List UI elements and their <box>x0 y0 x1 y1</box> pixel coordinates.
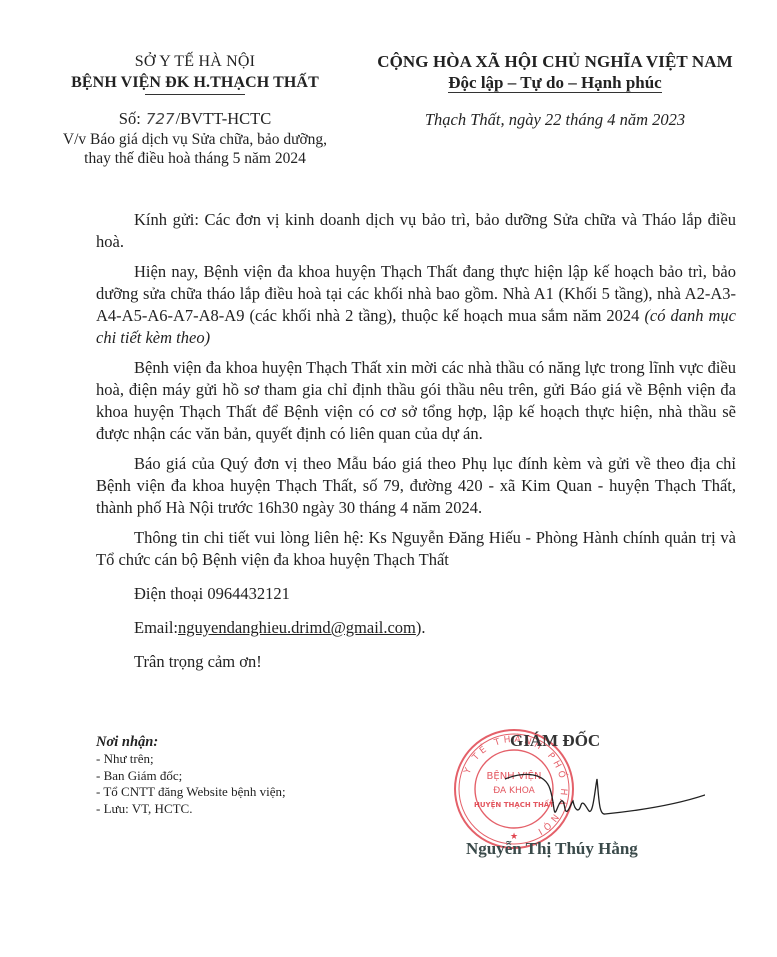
paragraph-4: Thông tin chi tiết vui lòng liên hệ: Ks … <box>96 527 736 571</box>
greeting: Kính gửi: Các đơn vị kinh doanh dịch vụ … <box>96 209 736 253</box>
phone-line: Điện thoại 0964432121 <box>96 583 736 605</box>
paragraph-3: Báo giá của Quý đơn vị theo Mẫu báo giá … <box>96 453 736 519</box>
recipient-item: - Tổ CNTT đăng Website bệnh viện; <box>96 784 356 801</box>
recipients-title: Nơi nhận: <box>96 733 356 751</box>
email-label: Email: <box>134 618 178 637</box>
document-number: Số: 727/BVTT-HCTC <box>50 108 340 130</box>
number-prefix: Số: <box>119 109 141 128</box>
signer-role: GIÁM ĐỐC <box>510 731 600 751</box>
handwritten-signature-icon <box>505 759 705 829</box>
department-name: SỞ Y TẾ HÀ NỘI <box>50 52 340 72</box>
paragraph-1: Hiện nay, Bệnh viện đa khoa huyện Thạch … <box>96 261 736 349</box>
letter-body: Kính gửi: Các đơn vị kinh doanh dịch vụ … <box>96 209 736 685</box>
place-date: Thạch Thất, ngày 22 tháng 4 năm 2023 <box>360 110 750 130</box>
phone-number: 0964432121 <box>207 584 290 603</box>
handwritten-number: 727 <box>145 110 176 128</box>
recipient-item: - Như trên; <box>96 751 356 768</box>
paragraph-2: Bệnh viện đa khoa huyện Thạch Thất xin m… <box>96 357 736 445</box>
national-motto: Độc lập – Tự do – Hạnh phúc <box>360 72 750 94</box>
subject-line-1: V/v Báo giá dịch vụ Sửa chữa, bảo dưỡng, <box>50 130 340 149</box>
header-divider <box>145 94 245 95</box>
subject-line-2: thay thế điều hoà tháng 5 năm 2024 <box>50 149 340 168</box>
recipients-list: Nơi nhận: - Như trên; - Ban Giám đốc; - … <box>96 733 356 817</box>
hospital-name: BỆNH VIỆN ĐK H.THẠCH THẤT <box>50 72 340 93</box>
closing: Trân trọng cảm ơn! <box>96 651 736 673</box>
recipient-item: - Lưu: VT, HCTC. <box>96 801 356 818</box>
signer-name: Nguyễn Thị Thúy Hằng <box>466 839 638 859</box>
issuer-header: SỞ Y TẾ HÀ NỘI BỆNH VIỆN ĐK H.THẠCH THẤT… <box>50 52 340 168</box>
number-suffix: /BVTT-HCTC <box>176 109 272 128</box>
email-link[interactable]: nguyendanghieu.drimd@gmail.com <box>178 618 416 637</box>
paragraph-1-text: Hiện nay, Bệnh viện đa khoa huyện Thạch … <box>96 262 736 325</box>
recipient-item: - Ban Giám đốc; <box>96 768 356 785</box>
republic-title: CỘNG HÒA XÃ HỘI CHỦ NGHĨA VIỆT NAM <box>360 52 750 72</box>
email-suffix: ). <box>416 618 426 637</box>
national-header: CỘNG HÒA XÃ HỘI CHỦ NGHĨA VIỆT NAM Độc l… <box>360 52 750 130</box>
motto-text: Độc lập – Tự do – Hạnh phúc <box>448 73 661 93</box>
phone-label: Điện thoại <box>134 584 203 603</box>
email-line: Email:nguyendanghieu.drimd@gmail.com). <box>96 617 736 639</box>
